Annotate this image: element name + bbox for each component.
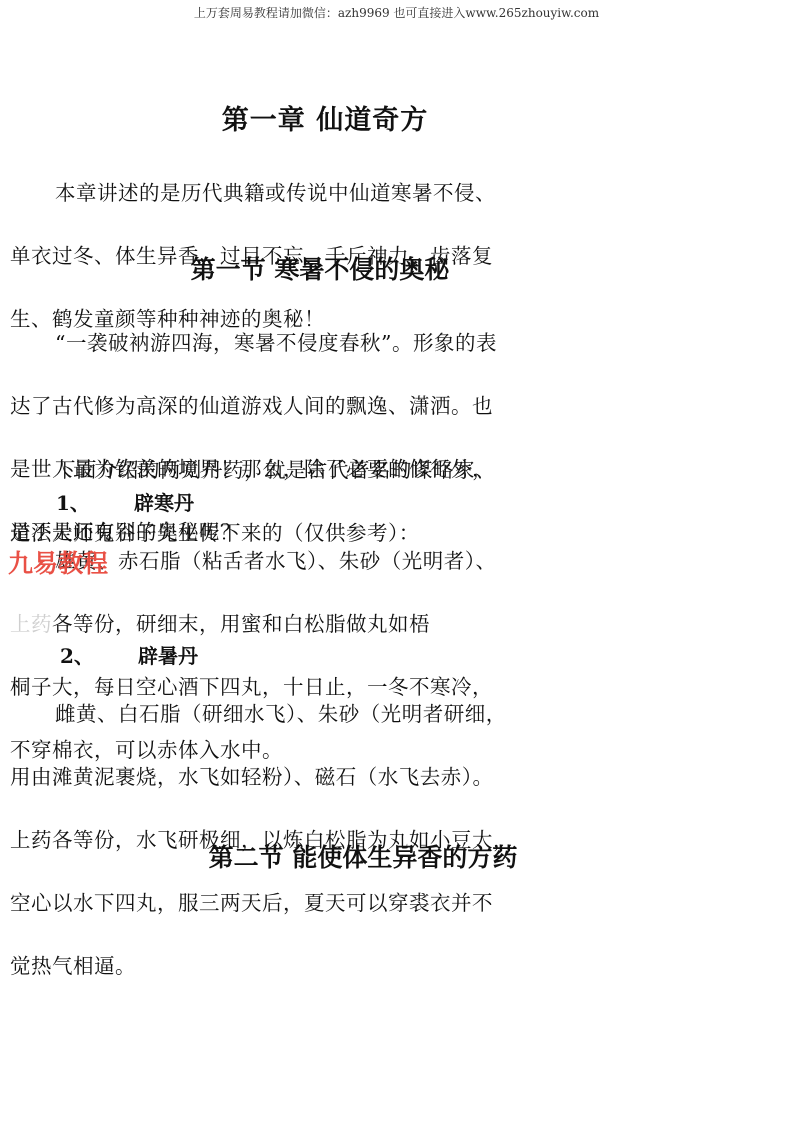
watermark-logo: 九易教程 <box>8 544 108 580</box>
recipe-line: 上药各等份，研细末，用蜜和白松脂做丸如梧 <box>10 609 580 641</box>
recipe-line: 用由滩黄泥裹烧，水飞如轻粉）、磁石（水飞去赤）。 <box>10 762 580 794</box>
paragraph-line: “一袭破衲游四海，寒暑不侵度春秋”。形象的表 <box>10 328 580 360</box>
chapter-title: 第一章 仙道奇方 <box>0 98 650 137</box>
recipe-number: 1、 <box>56 487 90 516</box>
recipe-name: 辟暑丹 <box>138 640 198 669</box>
paragraph-line: 达了古代修为高深的仙道游戏人间的飘逸、潇洒。也 <box>10 391 580 423</box>
paragraph-line: 下面介绍的两则丹药，就是古代著名的谋略家、 <box>10 455 580 487</box>
hidden-prefix: 上药 <box>10 612 52 636</box>
section-title: 第一节 寒暑不侵的奥秘 <box>0 250 640 286</box>
recipe-line: 觉热气相逼。 <box>10 951 580 983</box>
recipe-name: 辟寒丹 <box>134 487 194 516</box>
header-note: 上万套周易教程请加微信：azh9969 也可直接进入www.265zhouyiw… <box>0 4 793 21</box>
section-title: 第二节 能使体生异香的方药 <box>0 838 726 874</box>
recipe-line: 空心以水下四丸，服三两天后，夏天可以穿裘衣并不 <box>10 888 580 920</box>
recipe-line: 雌黄、白石脂（研细水飞）、朱砂（光明者研细， <box>10 699 580 731</box>
recipe-number: 2、 <box>60 640 94 669</box>
intro-line: 本章讲述的是历代典籍或传说中仙道寒暑不侵、 <box>10 178 580 210</box>
